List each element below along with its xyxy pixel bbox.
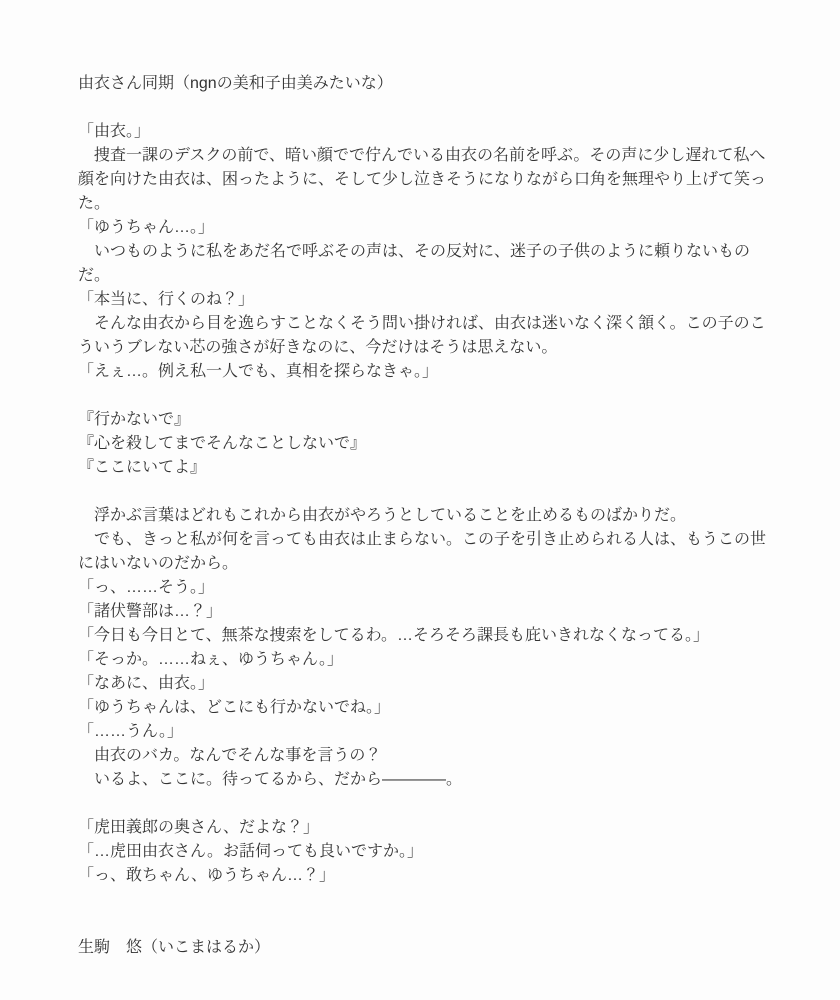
- text-line: 捜査一課のデスクの前で、暗い顔でで佇んでいる由衣の名前を呼ぶ。その声に少し遅れて…: [78, 144, 782, 168]
- text-line: 「由衣。」: [78, 120, 782, 144]
- text-line: た。: [78, 192, 782, 216]
- author-line: 生駒 悠（いこまはるか）: [78, 936, 782, 960]
- text-line: にはいないのだから。: [78, 552, 782, 576]
- text-line: 「…虎田由衣さん。お話伺っても良いですか。」: [78, 840, 782, 864]
- text-line: 「っ、……そう。」: [78, 576, 782, 600]
- text-line: 「今日も今日とて、無茶な捜索をしてるわ。…そろそろ課長も庇いきれなくなってる。」: [78, 624, 782, 648]
- text-line: 浮かぶ言葉はどれもこれから由衣がやろうとしていることを止めるものばかりだ。: [78, 504, 782, 528]
- text-line: 「ゆうちゃんは、どこにも行かないでね。」: [78, 696, 782, 720]
- text-line: 顔を向けた由衣は、困ったように、そして少し泣きそうになりながら口角を無理やり上げ…: [78, 168, 782, 192]
- doc-title: 由衣さん同期（ngnの美和子由美みたいな）: [78, 72, 782, 96]
- document-page: 由衣さん同期（ngnの美和子由美みたいな） 「由衣。」 捜査一課のデスクの前で、…: [0, 0, 840, 1000]
- text-line: 由衣のバカ。なんでそんな事を言うの？: [78, 744, 782, 768]
- text-line: [78, 384, 782, 408]
- text-line: 「そっか。……ねぇ、ゆうちゃん。」: [78, 648, 782, 672]
- doc-body: 「由衣。」 捜査一課のデスクの前で、暗い顔でで佇んでいる由衣の名前を呼ぶ。その声…: [78, 120, 782, 888]
- text-line: 『心を殺してまでそんなことしないで』: [78, 432, 782, 456]
- text-line: いるよ、ここに。待ってるから、だから――――。: [78, 768, 782, 792]
- text-line: 「っ、敢ちゃん、ゆうちゃん…？」: [78, 864, 782, 888]
- text-line: そんな由衣から目を逸らすことなくそう問い掛ければ、由衣は迷いなく深く頷く。この子…: [78, 312, 782, 336]
- text-line: 「諸伏警部は…？」: [78, 600, 782, 624]
- text-line: だ。: [78, 264, 782, 288]
- text-line: 『ここにいてよ』: [78, 456, 782, 480]
- text-line: [78, 480, 782, 504]
- text-line: 『行かないで』: [78, 408, 782, 432]
- text-line: 「えぇ…。例え私一人でも、真相を探らなきゃ。」: [78, 360, 782, 384]
- text-line: [78, 792, 782, 816]
- text-line: 「虎田義郎の奥さん、だよな？」: [78, 816, 782, 840]
- text-line: 「本当に、行くのね？」: [78, 288, 782, 312]
- text-line: いつものように私をあだ名で呼ぶその声は、その反対に、迷子の子供のように頼りないも…: [78, 240, 782, 264]
- text-line: 「……うん。」: [78, 720, 782, 744]
- text-line: 「なあに、由衣。」: [78, 672, 782, 696]
- text-line: 「ゆうちゃん…。」: [78, 216, 782, 240]
- text-line: ういうブレない芯の強さが好きなのに、今だけはそうは思えない。: [78, 336, 782, 360]
- text-line: でも、きっと私が何を言っても由衣は止まらない。この子を引き止められる人は、もうこ…: [78, 528, 782, 552]
